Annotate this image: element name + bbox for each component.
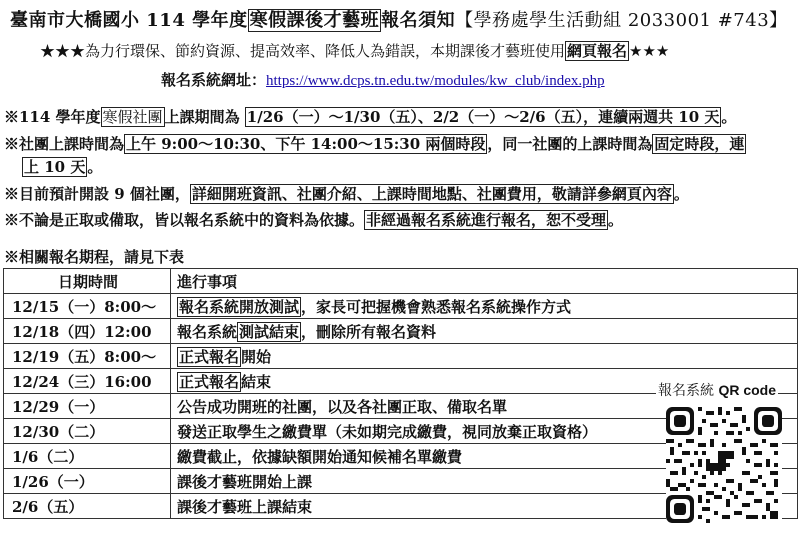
title-part1: 臺南市大橋國小 114 學年度 <box>10 10 248 31</box>
row-item-boxed: 正式報名 <box>177 347 241 367</box>
note-1-prefix: ※114 學年度 <box>4 108 101 126</box>
subtitle-part2: ★★★ <box>629 42 669 60</box>
row-date: 12/19（五）8:00～ <box>4 344 171 369</box>
column-header-date: 日期時間 <box>4 269 171 294</box>
table-header-row: 日期時間 進行事項 <box>4 269 798 294</box>
row-date: 12/15（一）8:00～ <box>4 294 171 319</box>
registration-url-link[interactable]: https://www.dcps.tn.edu.tw/modules/kw_cl… <box>266 73 605 89</box>
row-date: 12/30（二） <box>4 419 171 444</box>
table-row: 12/15（一）8:00～ 報名系統開放測試，家長可把握機會熟悉報名系統操作方式 <box>4 294 798 319</box>
row-date: 12/29（一） <box>4 394 171 419</box>
note-2-prefix: ※社團上課時間為 <box>4 135 124 153</box>
note-4-suffix: 。 <box>608 211 623 229</box>
note-2-continued: 上 10 天。 <box>22 156 102 177</box>
note-1-suffix: 。 <box>721 108 736 126</box>
row-date: 1/26（一） <box>4 469 171 494</box>
note-2-boxed3: 上 10 天 <box>22 157 87 177</box>
note-3-prefix: ※目前預計開設 9 個社團， <box>4 185 190 203</box>
table-row: 12/19（五）8:00～ 正式報名開始 <box>4 344 798 369</box>
note-1-boxed2: 1/26（一）～1/30（五）、2/2（一）～2/6（五），連續兩週共 10 天 <box>245 107 722 127</box>
note-3-boxed1: 詳細開班資訊、社團介紹、上課時間地點、社團費用，敬請詳參網頁內容 <box>190 184 674 204</box>
document-title: 臺南市大橋國小 114 學年度寒假課後才藝班報名須知【學務處學生活動組 2033… <box>10 6 788 32</box>
row-date: 12/24（三）16:00 <box>4 369 171 394</box>
row-date: 2/6（五） <box>4 494 171 519</box>
qr-code[interactable] <box>666 407 782 523</box>
row-item: 正式報名開始 <box>171 344 798 369</box>
note-4: ※不論是正取或備取，皆以報名系統中的資料為依據。非經過報名系統進行報名，恕不受理… <box>4 209 623 230</box>
note-3: ※目前預計開設 9 個社團，詳細開班資訊、社團介紹、上課時間地點、社團費用，敬請… <box>4 183 689 204</box>
row-item-post: 開始 <box>241 348 271 366</box>
title-part2: 報名須知 <box>381 10 455 31</box>
note-4-boxed1: 非經過報名系統進行報名，恕不受理 <box>364 210 608 230</box>
note-2-boxed1: 上午 9:00～10:30、下午 14:00～15:30 兩個時段 <box>124 134 487 154</box>
title-boxed: 寒假課後才藝班 <box>248 9 382 32</box>
subtitle-part1: ★★★為力行環保、節約資源、提高效率、降低人為錯誤，本期課後才藝班使用 <box>40 42 565 60</box>
url-label: 報名系統網址： <box>161 71 266 89</box>
row-item-post: ，家長可把握機會熟悉報名系統操作方式 <box>301 298 571 316</box>
row-date: 1/6（二） <box>4 444 171 469</box>
qr-code-icon <box>666 407 782 523</box>
subtitle: ★★★為力行環保、節約資源、提高效率、降低人為錯誤，本期課後才藝班使用網頁報名★… <box>40 40 669 61</box>
row-item-pre: 報名系統 <box>177 323 237 341</box>
note-3-suffix: 。 <box>674 185 689 203</box>
note-1: ※114 學年度寒假社團上課期間為 1/26（一）～1/30（五）、2/2（一）… <box>4 106 736 127</box>
qr-label-cn: 報名系統 <box>658 383 718 399</box>
row-item-post: 結束 <box>241 373 271 391</box>
row-item-post: ，刪除所有報名資料 <box>301 323 436 341</box>
qr-label: 報名系統 QR code <box>656 380 778 400</box>
note-2-mid: ，同一社團的上課時間為 <box>487 135 652 153</box>
column-header-item: 進行事項 <box>171 269 798 294</box>
note-2-suffix: 。 <box>87 158 102 176</box>
row-item: 報名系統測試結束，刪除所有報名資料 <box>171 319 798 344</box>
row-item-boxed: 報名系統開放測試 <box>177 297 301 317</box>
row-date: 12/18（四）12:00 <box>4 319 171 344</box>
note-2: ※社團上課時間為上午 9:00～10:30、下午 14:00～15:30 兩個時… <box>4 133 746 154</box>
url-line: 報名系統網址：https://www.dcps.tn.edu.tw/module… <box>161 69 605 90</box>
row-item-boxed: 正式報名 <box>177 372 241 392</box>
table-row: 12/18（四）12:00 報名系統測試結束，刪除所有報名資料 <box>4 319 798 344</box>
note-1-mid: 上課期間為 <box>165 108 245 126</box>
note-2-boxed2: 固定時段，連 <box>652 134 746 154</box>
title-dept: 【學務處學生活動組 2033001 #743】 <box>455 10 788 31</box>
row-item-boxed: 測試結束 <box>237 322 301 342</box>
subtitle-boxed: 網頁報名 <box>565 41 629 61</box>
note-1-boxed1: 寒假社團 <box>101 107 165 127</box>
qr-label-en: QR code <box>718 382 776 398</box>
row-item: 報名系統開放測試，家長可把握機會熟悉報名系統操作方式 <box>171 294 798 319</box>
schedule-heading: ※相關報名期程，請見下表 <box>4 246 184 267</box>
note-4-prefix: ※不論是正取或備取，皆以報名系統中的資料為依據。 <box>4 211 364 229</box>
